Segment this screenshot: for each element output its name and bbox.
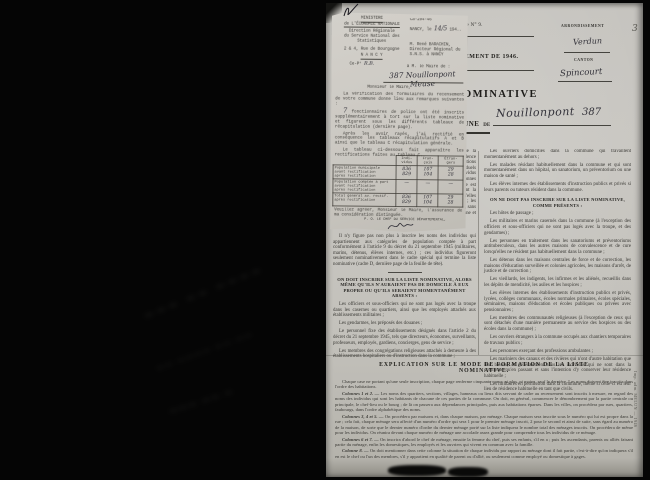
page-number: 3 xyxy=(632,24,638,34)
memo-table-value: — xyxy=(417,180,438,194)
memo-ministry-header: MINISTÈRE de L'ÉCONOMIE NATIONALE Direct… xyxy=(335,16,407,68)
memo-table-header-cell: Fran- çais xyxy=(417,156,438,166)
instruction-paragraph: Les élèves internes des établissements d… xyxy=(484,182,631,193)
include-header: ON DOIT INSCRIRE SUR LA LISTE NOMINATIVE… xyxy=(333,277,476,299)
explanation-paragraph: Colonnes 3, 4 et 5. — On procédera par m… xyxy=(335,414,633,436)
signature-scribble-icon xyxy=(386,220,414,232)
arrondissement-handwritten: Verdun xyxy=(573,36,602,47)
explanation-paragraph: Chaque case ne portant qu'une seule insc… xyxy=(335,379,633,390)
explanation-text: Les noms des quartiers, sections, villag… xyxy=(335,391,633,412)
canton-handwritten: Spincourt xyxy=(560,67,603,79)
instruction-paragraph: Les officiers et sous-officiers qui ne s… xyxy=(333,302,476,319)
memo-direction-line: Statistiques xyxy=(336,39,408,45)
memo-city-line: N A N C Y xyxy=(361,54,383,60)
memo-address-line: 2 & 4, Rue de Bourgogne xyxy=(336,47,408,53)
memo-sender-line: S.N.S. à NANCY xyxy=(410,53,466,58)
memo-table-value: 836 829 xyxy=(396,165,417,179)
ghost-smudge: ~~~ ~~ ~~~~ xyxy=(141,247,304,325)
memo-table-value: — xyxy=(438,180,463,194)
instruction-paragraph: Les élèves internes des établissements d… xyxy=(484,291,631,313)
explanation-text: On inscrira d'abord le chef de ménage, e… xyxy=(335,437,633,447)
section-separator xyxy=(388,272,422,273)
instruction-paragraph: Les malades résidant habituellement dans… xyxy=(484,163,631,180)
memo-body: La vérification des formulaires du recen… xyxy=(335,92,465,161)
instruction-paragraph: Les hôtes de passage ; xyxy=(484,211,631,217)
census-form-page: 3 Modèle N° 9. RECENSEMENT DE 1946. LIST… xyxy=(326,3,643,477)
memo-table-row: Total général av. rectif. après rectific… xyxy=(333,193,463,207)
canton-underline xyxy=(558,81,612,82)
memo-date-handwritten: 14/5 xyxy=(434,25,447,32)
commune-name-handwritten: Nouillonpont xyxy=(496,105,575,120)
memo-paragraph-text: fonctionnaires de police ont été inscrit… xyxy=(335,111,464,130)
memo-ministry-line: de L'ÉCONOMIE NATIONALE xyxy=(344,23,400,28)
column-ref-label: Colonne 8. — xyxy=(342,448,369,453)
memo-dateline-year: 194.. xyxy=(449,28,461,32)
printer-imprint: Imp. adm. MELUN — 1946 xyxy=(633,371,638,428)
memo-dateline-city: NANCY, le xyxy=(410,28,432,32)
instruction-paragraph: Les militaires et marins casernés dans l… xyxy=(484,219,631,236)
memo-paragraph: La vérification des formulaires du recen… xyxy=(335,92,464,108)
instruction-paragraph: Les gendarmes, les préposés des douanes … xyxy=(333,321,476,327)
paper-tear xyxy=(388,465,446,476)
memo-table-corner xyxy=(333,155,396,166)
memo-table-row-label: Total général av. rectif. après rectific… xyxy=(333,193,396,206)
instruction-paragraph: Les ouvriers domiciliés dans la commune … xyxy=(484,149,631,160)
instruction-paragraph: Les personnes en traitement dans les san… xyxy=(484,239,631,256)
memo-dateline: NANCY, le 14/5 194.. xyxy=(410,26,466,33)
commune-code-handwritten: 387 xyxy=(582,107,601,118)
explanation-paragraph: Colonne 8. — On doit mentionner dans cet… xyxy=(335,448,633,459)
canton-label: CANTON xyxy=(574,58,593,62)
memo-ref: Ce-P° xyxy=(349,63,361,67)
paper-tear xyxy=(448,467,488,477)
ghost-smudge: ~~ ~~~~ ~~ ~~ xyxy=(154,298,337,375)
instruction-paragraph: Les vieillards, les indigents, les infir… xyxy=(484,277,631,288)
memo-table-value: 107 104 xyxy=(417,166,438,180)
instructions-right-column: Les ouvriers domiciliés dans la commune … xyxy=(484,149,631,395)
memo-table-row-label: Population comptée à part avant rectific… xyxy=(333,179,396,194)
memo-table-value: 29 28 xyxy=(438,194,463,207)
column-divider xyxy=(478,151,479,355)
instruction-paragraph: Les membres des communautés religieuses … xyxy=(484,316,631,333)
instruction-paragraph: Les personnes exerçant des professions a… xyxy=(484,349,631,355)
explanation-paragraph: Colonnes 1 et 2. — Les noms des quartier… xyxy=(335,391,633,413)
column-ref-label: Colonnes 6 et 7. — xyxy=(342,437,379,442)
instruction-paragraph: Les ouvriers étrangers à la commune occu… xyxy=(484,335,631,346)
memo-table-row: Population comptée à part avant rectific… xyxy=(333,179,463,194)
memo-table-value: — xyxy=(396,179,417,193)
fold-crease xyxy=(326,355,643,356)
memo-table-header-cell: Étran- gers xyxy=(439,156,464,166)
commune-underline xyxy=(493,125,611,126)
memo-table-row: Population municipale avant rectificatio… xyxy=(333,165,463,180)
memo-paragraph: Après les avoir rayés, j'ai rectifié en … xyxy=(335,132,464,148)
ghost-smudge: ~~~ ~~ ~ xyxy=(167,359,314,419)
memo-table-value: 836 829 xyxy=(396,193,417,206)
memo-corrections-table: Indi- vidus Fran- çais Étran- gers Popul… xyxy=(332,154,463,207)
column-ref-label: Colonnes 1 et 2. — xyxy=(342,391,379,396)
instruction-paragraph: Les détenus dans les maisons centrales d… xyxy=(484,258,631,275)
arrondissement-label: ARRONDISSEMENT xyxy=(561,24,604,28)
pen-mark-icon xyxy=(342,3,360,18)
blank-rule xyxy=(466,36,534,37)
memo-sender-block: M. René BARACHIN, Directeur Régional du … xyxy=(410,43,466,58)
memo-table-row-label: Population municipale avant rectificatio… xyxy=(333,165,396,180)
attached-memo-letter: MINISTÈRE de L'ÉCONOMIE NATIONALE Direct… xyxy=(330,12,468,232)
arrondissement-underline xyxy=(564,52,610,53)
explanation-text: On doit mentionner dans cette colonne la… xyxy=(335,448,633,458)
blank-rule xyxy=(466,70,534,71)
memo-paragraph: 7 fonctionnaires de police ont été inscr… xyxy=(335,109,464,131)
memo-header-right: Ca-294-46 NANCY, le 14/5 194.. M. René B… xyxy=(410,18,466,58)
memo-table-header-cell: Indi- vidus xyxy=(396,155,417,165)
instruction-paragraph: Le personnel fixe des établissements dés… xyxy=(333,329,476,346)
memo-reference-code: Ca-294-46 xyxy=(410,18,466,23)
memo-table-value: 29 28 xyxy=(438,166,463,180)
column-ref-label: Colonnes 3, 4 et 5. — xyxy=(342,414,383,419)
explanation-title: EXPLICATION SUR LE MODE DE FORMATION DE … xyxy=(356,362,612,374)
instruction-paragraph: Il n'y figure pas non plus à inscrire le… xyxy=(333,234,476,268)
memo-count-handwritten: 7 xyxy=(343,107,347,115)
memo-ref-handwritten: R.B. xyxy=(364,61,374,67)
exclude-header: ON NE DOIT PAS INSCRIRE SUR LA LISTE NOM… xyxy=(484,197,631,208)
explanation-paragraph: Colonnes 6 et 7. — On inscrira d'abord l… xyxy=(335,437,633,448)
scan-background: ~~~ ~~ ~~~~ ~~ ~~~~ ~~ ~~ ~~~ ~~ ~ 3 Mod… xyxy=(0,0,650,480)
memo-salutation: Monsieur le Maire, xyxy=(367,86,410,91)
commune-de-label: DE xyxy=(483,123,490,128)
explanation-section: Chaque case ne portant qu'une seule insc… xyxy=(335,379,633,460)
memo-table-value: 107 104 xyxy=(417,194,438,207)
